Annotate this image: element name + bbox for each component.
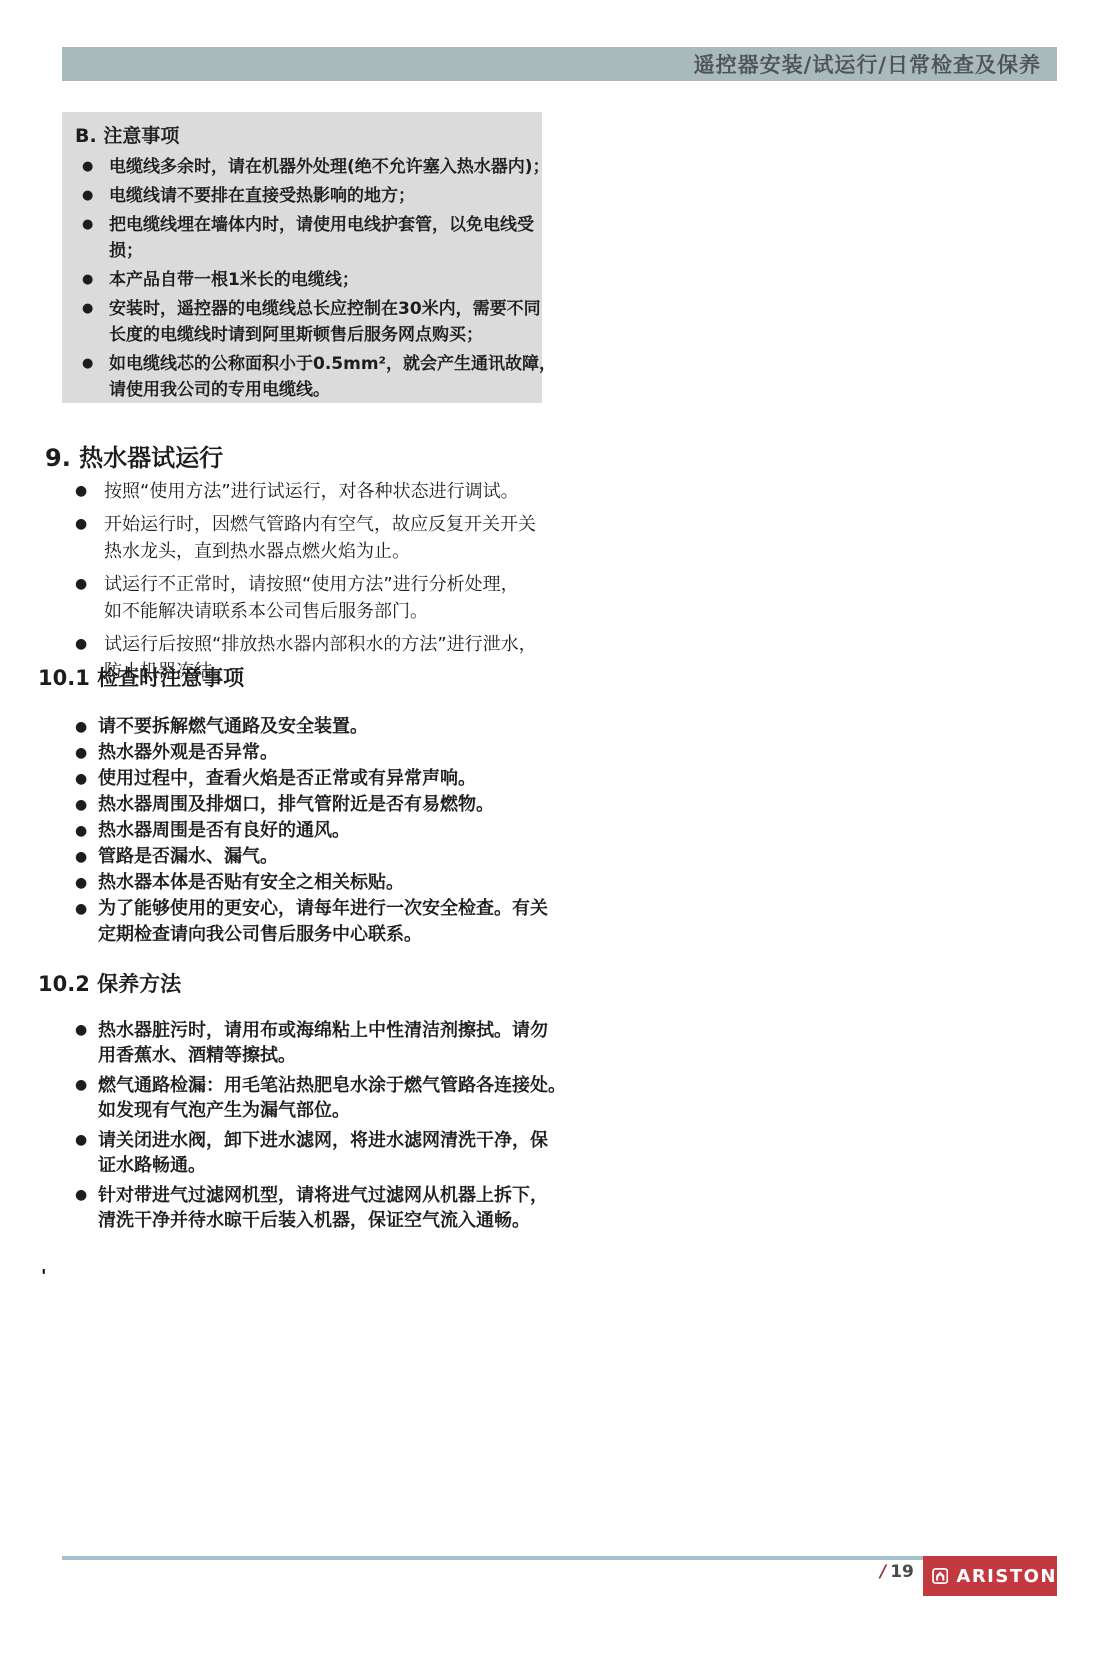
bullet-icon: ● (75, 740, 98, 766)
section-10-2-item-text: 请关闭进水阀，卸下进水滤网，将进水滤网清洗干净，保 证水路畅通。 (98, 1128, 548, 1178)
bullet-icon: ● (75, 896, 98, 922)
section-10-1-item: ● 管路是否漏水、漏气。 (75, 844, 595, 870)
header-bar: 遥控器安装/试运行/日常检查及保养 (62, 47, 1057, 81)
ariston-house-icon (932, 1563, 948, 1589)
bullet-icon: ● (75, 766, 98, 792)
section-10-1-item-text: 热水器外观是否异常。 (98, 740, 278, 766)
footer-divider-line (62, 1556, 926, 1560)
notice-item-text: 电缆线多余时，请在机器外处理(绝不允许塞入热水器内)； (109, 154, 550, 180)
bullet-icon: ● (75, 631, 104, 657)
section-10-1-item: ● 为了能够使用的更安心，请每年进行一次安全检查。有关 定期检查请向我公司售后服… (75, 896, 595, 948)
bullet-icon: ● (75, 183, 109, 209)
header-title: 遥控器安装/试运行/日常检查及保养 (694, 49, 1041, 79)
section-9-item: ● 按照“使用方法”进行试运行，对各种状态进行调试。 (75, 478, 595, 505)
section-9-title: 9. 热水器试运行 (45, 438, 223, 473)
section-10-2-item-text: 燃气通路检漏：用毛笔沾热肥皂水涂于燃气管路各连接处。 如发现有气泡产生为漏气部位… (98, 1073, 566, 1123)
bullet-icon: ● (75, 154, 109, 180)
section-9-list: ● 按照“使用方法”进行试运行，对各种状态进行调试。 ● 开始运行时，因燃气管路… (75, 478, 595, 691)
notice-item: ● 安装时，遥控器的电缆线总长应控制在30米内，需要不同 长度的电缆线时请到阿里… (75, 296, 532, 348)
bullet-icon: ● (75, 1183, 98, 1208)
notice-item-text: 安装时，遥控器的电缆线总长应控制在30米内，需要不同 长度的电缆线时请到阿里斯顿… (109, 296, 541, 348)
page-slash: / (880, 1562, 886, 1582)
notice-item-text: 如电缆线芯的公称面积小于0.5mm²，就会产生通讯故障， 请使用我公司的专用电缆… (109, 351, 556, 403)
bullet-icon: ● (75, 212, 109, 238)
section-10-1-item-text: 热水器周围是否有良好的通风。 (98, 818, 350, 844)
bullet-icon: ● (75, 1073, 98, 1098)
section-10-1-item: ● 热水器外观是否异常。 (75, 740, 595, 766)
section-10-1-item: ● 请不要拆解燃气通路及安全装置。 (75, 714, 595, 740)
bullet-icon: ● (75, 1128, 98, 1153)
section-10-1-item: ● 使用过程中，查看火焰是否正常或有异常声响。 (75, 766, 595, 792)
section-10-1-item: ● 热水器本体是否贴有安全之相关标贴。 (75, 870, 595, 896)
notice-box: B. 注意事项 ● 电缆线多余时，请在机器外处理(绝不允许塞入热水器内)； ● … (62, 112, 542, 403)
stray-print-mark: ' (41, 1266, 47, 1287)
section-10-1-item: ● 热水器周围及排烟口，排气管附近是否有易燃物。 (75, 792, 595, 818)
section-10-2-item: ● 热水器脏污时，请用布或海绵粘上中性清洁剂擦拭。请勿 用香蕉水、酒精等擦拭。 (75, 1018, 595, 1068)
notice-item: ● 电缆线请不要排在直接受热影响的地方； (75, 183, 532, 209)
bullet-icon: ● (75, 478, 104, 504)
section-10-2-item-text: 针对带进气过滤网机型，请将进气过滤网从机器上拆下， 清洗干净并待水晾干后装入机器… (98, 1183, 548, 1233)
section-10-2-title: 10.2 保养方法 (38, 968, 181, 998)
section-10-1-item: ● 热水器周围是否有良好的通风。 (75, 818, 595, 844)
bullet-icon: ● (75, 1018, 98, 1043)
section-9-item-text: 开始运行时，因燃气管路内有空气，故应反复开关开关 热水龙头，直到热水器点燃火焰为… (104, 511, 536, 565)
bullet-icon: ● (75, 267, 109, 293)
section-10-2-item: ● 燃气通路检漏：用毛笔沾热肥皂水涂于燃气管路各连接处。 如发现有气泡产生为漏气… (75, 1073, 595, 1123)
notice-item: ● 本产品自带一根1米长的电缆线； (75, 267, 532, 293)
section-10-1-item-text: 为了能够使用的更安心，请每年进行一次安全检查。有关 定期检查请向我公司售后服务中… (98, 896, 548, 948)
bullet-icon: ● (75, 844, 98, 870)
section-10-1-item-text: 管路是否漏水、漏气。 (98, 844, 278, 870)
notice-list: ● 电缆线多余时，请在机器外处理(绝不允许塞入热水器内)； ● 电缆线请不要排在… (75, 154, 532, 403)
section-10-2-item: ● 请关闭进水阀，卸下进水滤网，将进水滤网清洗干净，保 证水路畅通。 (75, 1128, 595, 1178)
notice-item: ● 电缆线多余时，请在机器外处理(绝不允许塞入热水器内)； (75, 154, 532, 180)
section-10-1-list: ● 请不要拆解燃气通路及安全装置。 ● 热水器外观是否异常。 ● 使用过程中，查… (75, 714, 595, 948)
section-10-2-item: ● 针对带进气过滤网机型，请将进气过滤网从机器上拆下， 清洗干净并待水晾干后装入… (75, 1183, 595, 1233)
section-10-2-item-text: 热水器脏污时，请用布或海绵粘上中性清洁剂擦拭。请勿 用香蕉水、酒精等擦拭。 (98, 1018, 548, 1068)
section-10-2-list: ● 热水器脏污时，请用布或海绵粘上中性清洁剂擦拭。请勿 用香蕉水、酒精等擦拭。 … (75, 1018, 595, 1238)
brand-logo: ARISTON (923, 1556, 1057, 1596)
bullet-icon: ● (75, 511, 104, 537)
bullet-icon: ● (75, 571, 104, 597)
brand-name: ARISTON (956, 1566, 1057, 1587)
page-indicator: / 19 (880, 1562, 914, 1582)
section-9-item: ● 试运行不正常时，请按照“使用方法”进行分析处理， 如不能解决请联系本公司售后… (75, 571, 595, 625)
bullet-icon: ● (75, 870, 98, 896)
bullet-icon: ● (75, 714, 98, 740)
section-10-1-item-text: 热水器本体是否贴有安全之相关标贴。 (98, 870, 404, 896)
notice-item: ● 如电缆线芯的公称面积小于0.5mm²，就会产生通讯故障， 请使用我公司的专用… (75, 351, 532, 403)
section-9-item: ● 开始运行时，因燃气管路内有空气，故应反复开关开关 热水龙头，直到热水器点燃火… (75, 511, 595, 565)
notice-heading: B. 注意事项 (75, 121, 532, 148)
section-9-item-text: 按照“使用方法”进行试运行，对各种状态进行调试。 (104, 478, 519, 505)
section-10-1-item-text: 热水器周围及排烟口，排气管附近是否有易燃物。 (98, 792, 494, 818)
bullet-icon: ● (75, 351, 109, 377)
notice-item-text: 本产品自带一根1米长的电缆线； (109, 267, 359, 293)
manual-page: 遥控器安装/试运行/日常检查及保养 B. 注意事项 ● 电缆线多余时，请在机器外… (0, 0, 1119, 1654)
section-10-1-title: 10.1 检查时注意事项 (38, 662, 244, 692)
section-9-item-text: 试运行不正常时，请按照“使用方法”进行分析处理， 如不能解决请联系本公司售后服务… (104, 571, 519, 625)
section-10-1-item-text: 使用过程中，查看火焰是否正常或有异常声响。 (98, 766, 476, 792)
bullet-icon: ● (75, 792, 98, 818)
page-number: 19 (890, 1562, 914, 1582)
bullet-icon: ● (75, 818, 98, 844)
notice-item: ● 把电缆线埋在墙体内时，请使用电线护套管，以免电线受 损； (75, 212, 532, 264)
notice-item-text: 把电缆线埋在墙体内时，请使用电线护套管，以免电线受 损； (109, 212, 534, 264)
notice-item-text: 电缆线请不要排在直接受热影响的地方； (109, 183, 415, 209)
section-10-1-item-text: 请不要拆解燃气通路及安全装置。 (98, 714, 368, 740)
bullet-icon: ● (75, 296, 109, 322)
